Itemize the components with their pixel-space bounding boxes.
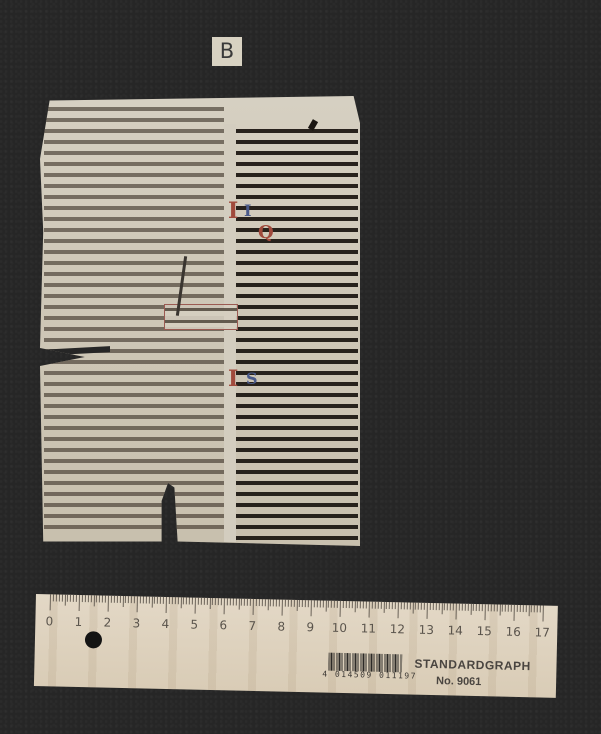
ruler-cm-label: 11 — [361, 621, 377, 635]
ruler-tick — [56, 594, 57, 601]
ruler-tick — [244, 599, 245, 606]
ruler-tick — [470, 604, 471, 615]
scale-ruler: 01234567891011121314151617 4 014509 0111… — [34, 594, 558, 698]
ruler-tick — [314, 600, 315, 607]
ruler-tick — [146, 596, 147, 603]
ruler-tick — [137, 596, 138, 612]
ruler-tick — [343, 601, 344, 608]
ruler-tick — [444, 603, 445, 610]
ruler-tick — [282, 600, 283, 616]
ruler-tick — [383, 602, 384, 613]
ruler-tick — [88, 595, 89, 602]
ruler-tick — [520, 605, 521, 612]
ruler-tick — [259, 599, 260, 606]
ruler-tick — [90, 595, 91, 602]
ruler-tick — [456, 604, 457, 620]
ruler-tick — [73, 595, 74, 602]
ruler-tick — [540, 605, 541, 612]
ruler-tick — [363, 601, 364, 608]
ruler-cm-label: 13 — [418, 623, 434, 637]
ruler-tick — [366, 601, 367, 608]
ruler-tick — [140, 596, 141, 603]
ruler-tick — [491, 604, 492, 611]
ruler-tick — [264, 599, 265, 606]
ruler-tick — [253, 599, 254, 615]
ruler-tick — [215, 598, 216, 605]
ruler-cm-label: 6 — [219, 618, 227, 632]
ruler-tick — [496, 604, 497, 611]
ruler-cm-label: 7 — [248, 619, 256, 633]
ruler-cm-label: 17 — [534, 625, 550, 639]
ruler-tick — [351, 601, 352, 608]
initial-letter: I — [244, 200, 251, 222]
ruler-tick — [241, 599, 242, 606]
ruler-tick — [447, 603, 448, 610]
ruler-tick — [122, 596, 123, 607]
ruler-tick — [169, 597, 170, 604]
ruler-tick — [464, 604, 465, 611]
ruler-tick — [285, 600, 286, 607]
ruler-tick — [308, 600, 309, 607]
ruler-tick — [328, 601, 329, 608]
ruler-tick — [117, 596, 118, 603]
ruler-cm-label: 5 — [190, 618, 198, 632]
manuscript-fragment: I I Q I S — [40, 96, 360, 546]
ruler-tick — [290, 600, 291, 607]
ruler-tick — [206, 598, 207, 605]
ruler-tick — [482, 604, 483, 611]
ruler-cm-label: 2 — [103, 616, 111, 630]
ruler-tick — [467, 604, 468, 611]
ruler-tick — [64, 595, 65, 606]
ruler-tick — [227, 598, 228, 605]
ruler-tick — [53, 594, 54, 601]
ruler-tick — [221, 598, 222, 605]
ruler-tick — [421, 603, 422, 610]
ruler-tick — [108, 596, 109, 612]
ruler-cm-label: 16 — [505, 625, 521, 639]
ruler-tick — [398, 602, 399, 618]
ruler-tick — [380, 602, 381, 609]
ruler-tick — [267, 599, 268, 610]
ruler-tick — [354, 601, 355, 612]
ruler-tick — [119, 596, 120, 603]
ruler-tick — [111, 596, 112, 603]
ruler-tick — [401, 602, 402, 609]
ruler-tick — [508, 605, 509, 612]
ruler-tick — [299, 600, 300, 607]
ruler-hanging-hole — [85, 631, 102, 648]
ruler-tick — [511, 605, 512, 612]
ruler-tick — [441, 603, 442, 614]
ruler-tick — [409, 602, 410, 609]
ruler-tick — [462, 604, 463, 611]
ruler-tick — [148, 597, 149, 604]
ruler-tick — [479, 604, 480, 611]
ruler-cm-label: 1 — [74, 615, 82, 629]
ruler-model-number: No. 9061 — [436, 675, 482, 688]
ruler-tick — [172, 597, 173, 604]
ruler-tick — [270, 599, 271, 606]
ruler-tick — [276, 599, 277, 606]
initial-letter: S — [246, 368, 258, 390]
ruler-tick — [50, 594, 51, 610]
ruler-tick — [389, 602, 390, 609]
ruler-tick — [415, 603, 416, 610]
ruler-tick — [143, 596, 144, 603]
ruler-tick — [232, 598, 233, 605]
ruler-tick — [180, 597, 181, 608]
ruler-tick — [82, 595, 83, 602]
ruler-tick — [325, 601, 326, 612]
ruler-tick — [534, 605, 535, 612]
ruler-tick — [375, 602, 376, 609]
ruler-tick — [93, 595, 94, 606]
ruler-tick — [412, 603, 413, 614]
ruler-tick — [502, 605, 503, 612]
ruler-tick — [424, 603, 425, 610]
ruler-tick — [476, 604, 477, 611]
barcode-digits: 4 014509 011197 — [322, 670, 417, 681]
ruler-ticks: 01234567891011121314151617 — [50, 594, 545, 625]
ruler-tick — [189, 597, 190, 604]
ruler-tick — [151, 597, 152, 608]
ruler-tick — [337, 601, 338, 608]
ruler-tick — [79, 595, 80, 611]
ruler-tick — [192, 598, 193, 605]
ruler-tick — [360, 601, 361, 608]
ruler-tick — [485, 604, 486, 620]
column-gutter — [224, 124, 236, 542]
ruler-tick — [174, 597, 175, 604]
ruler-tick — [230, 598, 231, 605]
ruler-tick — [102, 596, 103, 603]
ruler-tick — [438, 603, 439, 610]
ruler-tick — [105, 596, 106, 603]
ruler-tick — [514, 605, 515, 621]
initial-letter: I — [228, 200, 238, 222]
ruler-cm-label: 15 — [476, 624, 492, 638]
ruler-tick — [128, 596, 129, 603]
ruler-tick — [166, 597, 167, 613]
ruler-barcode: 4 014509 011197 — [322, 653, 403, 681]
ruler-tick — [331, 601, 332, 608]
ruler-tick — [427, 603, 428, 619]
ruler-tick — [273, 599, 274, 606]
ruler-tick — [177, 597, 178, 604]
ruler-tick — [99, 595, 100, 602]
initial-letter: Q — [258, 222, 274, 244]
ruler-tick — [302, 600, 303, 607]
ruler-tick — [450, 603, 451, 610]
ruler-tick — [528, 605, 529, 616]
ruler-brand: STANDARDGRAPH — [414, 657, 531, 674]
ruler-cm-label: 9 — [306, 620, 314, 634]
initial-letter: I — [228, 368, 238, 390]
ruler-tick — [279, 600, 280, 607]
ruler-tick — [453, 603, 454, 610]
ruler-cm-label: 3 — [132, 616, 140, 630]
ruler-tick — [203, 598, 204, 605]
ruler-tick — [395, 602, 396, 609]
ruler-tick — [317, 600, 318, 607]
ruler-tick — [163, 597, 164, 604]
ruler-cm-label: 14 — [447, 623, 463, 637]
ruler-tick — [59, 595, 60, 602]
ruler-tick — [154, 597, 155, 604]
ruler-tick — [418, 603, 419, 610]
ruler-tick — [377, 602, 378, 609]
ruler-cm-label: 10 — [332, 621, 348, 635]
ruler-tick — [67, 595, 68, 602]
ruler-cm-label: 4 — [161, 617, 169, 631]
ruler-tick — [131, 596, 132, 603]
ruler-tick — [392, 602, 393, 609]
ruler-tick — [430, 603, 431, 610]
ruler-tick — [209, 598, 210, 609]
ruler-tick — [404, 602, 405, 609]
ruler-tick — [296, 600, 297, 611]
ruler-cm-label: 8 — [277, 619, 285, 633]
rubric-box — [164, 304, 238, 330]
ruler-tick — [311, 600, 312, 616]
ruler-tick — [76, 595, 77, 602]
ruler-tick — [238, 599, 239, 610]
ruler-tick — [261, 599, 262, 606]
ruler-tick — [195, 598, 196, 614]
specimen-label-card: B — [212, 37, 242, 66]
ruler-tick — [531, 605, 532, 612]
ruler-tick — [224, 598, 225, 614]
ruler-tick — [473, 604, 474, 611]
ruler-tick — [247, 599, 248, 606]
ruler-tick — [406, 602, 407, 609]
ruler-tick — [293, 600, 294, 607]
parchment-leaf: I I Q I S — [40, 96, 360, 546]
ruler-tick — [348, 601, 349, 608]
ruler-tick — [372, 602, 373, 609]
ruler-cm-label: 0 — [45, 614, 53, 628]
ruler-tick — [114, 596, 115, 603]
ruler-tick — [186, 597, 187, 604]
ruler-tick — [134, 596, 135, 603]
ruler-tick — [125, 596, 126, 603]
ruler-tick — [85, 595, 86, 602]
ruler-tick — [334, 601, 335, 608]
ruler-tick — [288, 600, 289, 607]
specimen-label-letter: B — [220, 39, 234, 63]
ruler-tick — [525, 605, 526, 612]
ruler-tick — [96, 595, 97, 602]
ruler-tick — [357, 601, 358, 608]
ruler-tick — [212, 598, 213, 605]
ruler-tick — [493, 604, 494, 611]
ruler-tick — [322, 601, 323, 608]
ruler-tick — [235, 599, 236, 606]
ruler-tick — [61, 595, 62, 602]
ruler-tick — [505, 605, 506, 612]
ruler-tick — [256, 599, 257, 606]
ruler-tick — [319, 600, 320, 607]
ruler-tick — [183, 597, 184, 604]
ruler-tick — [543, 606, 544, 622]
ruler-tick — [305, 600, 306, 607]
ruler-tick — [517, 605, 518, 612]
ruler-tick — [198, 598, 199, 605]
ruler-tick — [340, 601, 341, 617]
ruler-tick — [433, 603, 434, 610]
ruler-tick — [435, 603, 436, 610]
ruler-tick — [522, 605, 523, 612]
right-text-column — [236, 124, 358, 542]
ruler-tick — [386, 602, 387, 609]
ruler-cm-label: 12 — [389, 622, 405, 636]
ruler-tick — [201, 598, 202, 605]
ruler-tick — [70, 595, 71, 602]
ruler-tick — [499, 605, 500, 616]
ruler-tick — [369, 602, 370, 618]
ruler-tick — [250, 599, 251, 606]
ruler-tick — [157, 597, 158, 604]
ruler-tick — [218, 598, 219, 605]
ruler-tick — [160, 597, 161, 604]
ruler-tick — [537, 605, 538, 612]
ruler-tick — [459, 604, 460, 611]
ruler-tick — [346, 601, 347, 608]
ruler-tick — [488, 604, 489, 611]
